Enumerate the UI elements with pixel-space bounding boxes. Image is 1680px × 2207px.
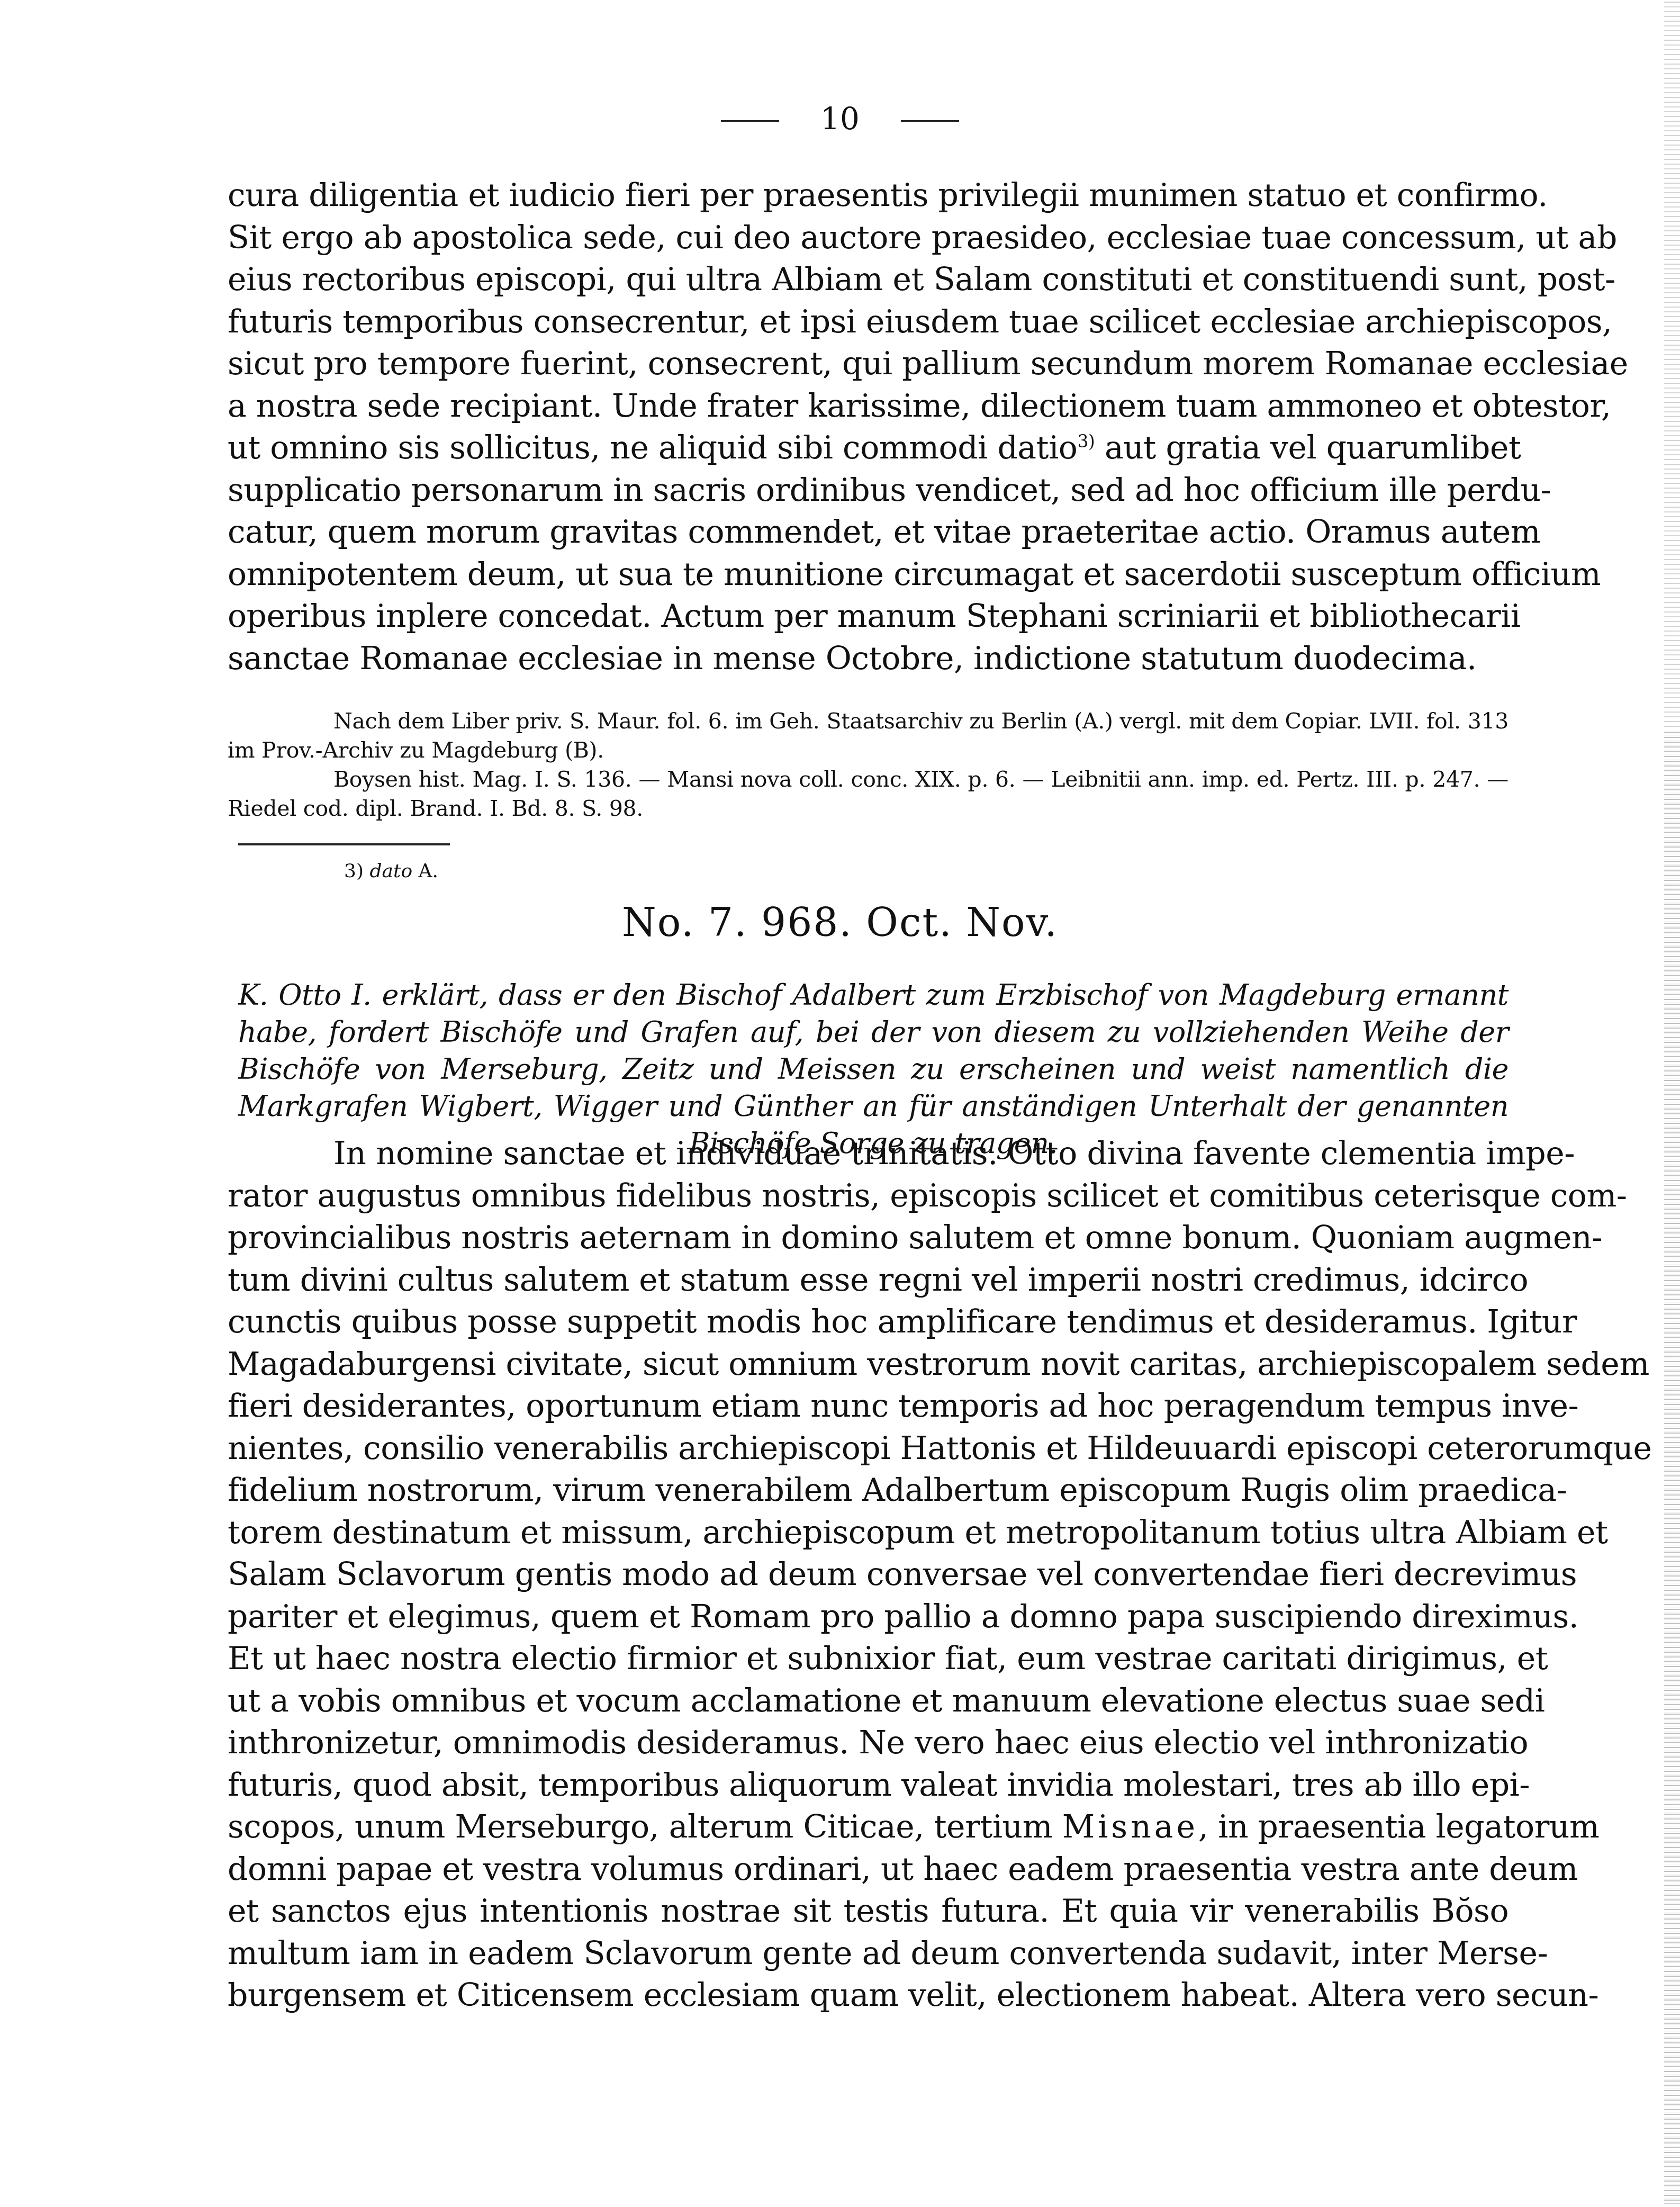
text-line: Sit ergo ab apostolica sede, cui deo auc… (228, 217, 1509, 259)
text-fragment: scopos, unum Merseburgo, alterum Citicae… (228, 1808, 1062, 1845)
page-number: 10 (820, 101, 860, 137)
footnote: 3) dato A. (344, 860, 438, 882)
text-line: fidelium nostrorum, virum venerabilem Ad… (228, 1470, 1509, 1512)
document-text: In nomine sanctae et individuae trinitat… (228, 1133, 1509, 2017)
footnote-mark: 3) (344, 860, 364, 882)
text-line: rator augustus omnibus fidelibus nostris… (228, 1175, 1509, 1218)
text-line: Salam Sclavorum gentis modo ad deum conv… (228, 1554, 1509, 1596)
source-note-editions: Boysen hist. Mag. I. S. 136. — Mansi nov… (228, 765, 1509, 823)
text-line: catur, quem morum gravitas commendet, et… (228, 511, 1509, 554)
footnote-text: dato (369, 860, 412, 882)
text-line: sicut pro tempore fuerint, consecrent, q… (228, 343, 1509, 385)
text-line: fieri desiderantes, oportunum etiam nunc… (228, 1385, 1509, 1428)
text-line: cura diligentia et iudicio fieri per pra… (228, 175, 1509, 217)
footnote-siglum: A. (419, 860, 438, 882)
text-line: eius rectoribus episcopi, qui ultra Albi… (228, 259, 1509, 301)
text-line: provincialibus nostris aeternam in domin… (228, 1217, 1509, 1259)
source-note-manuscripts: Nach dem Liber priv. S. Maur. fol. 6. im… (228, 707, 1509, 765)
text-line: cunctis quibus posse suppetit modis hoc … (228, 1301, 1509, 1344)
text-line: Et ut haec nostra electio firmior et sub… (228, 1638, 1509, 1680)
document-title: No. 7. 968. Oct. Nov. (0, 900, 1680, 945)
text-line: tum divini cultus salutem et statum esse… (228, 1259, 1509, 1302)
text-line: In nomine sanctae et individuae trinitat… (228, 1133, 1509, 1175)
text-line: futuris, quod absit, temporibus aliquoru… (228, 1764, 1509, 1807)
text-line: domni papae et vestra volumus ordinari, … (228, 1849, 1509, 1891)
text-line: operibus inplere concedat. Actum per man… (228, 596, 1509, 638)
text-line-with-footnote: ut omnino sis sollicitus, ne aliquid sib… (228, 427, 1509, 470)
header-dash-left (721, 120, 779, 122)
footnote-divider (238, 843, 450, 845)
text-line: ut a vobis omnibus et vocum acclamatione… (228, 1680, 1509, 1723)
text-line: omnipotentem deum, ut sua te munitione c… (228, 554, 1509, 596)
text-line: inthronizetur, omnimodis desideramus. Ne… (228, 1722, 1509, 1764)
text-fragment: , in praesentia legatorum (1198, 1808, 1599, 1845)
footnote-reference[interactable]: 3) (1077, 431, 1095, 452)
text-line: pariter et elegimus, quem et Romam pro p… (228, 1596, 1509, 1638)
page-header: 10 (0, 101, 1680, 137)
text-line: et sanctos ejus intentionis nostrae sit … (228, 1890, 1509, 1933)
text-line: multum iam in eadem Sclavorum gente ad d… (228, 1933, 1509, 1975)
spaced-place-name: Misnae (1062, 1808, 1198, 1845)
source-notes: Nach dem Liber priv. S. Maur. fol. 6. im… (228, 707, 1509, 823)
text-fragment: ut omnino sis sollicitus, ne aliquid sib… (228, 429, 1077, 466)
text-line: a nostra sede recipiant. Unde frater kar… (228, 385, 1509, 428)
text-line: futuris temporibus consecrentur, et ipsi… (228, 301, 1509, 344)
scan-edge-artifact-dense (1664, 731, 1680, 2202)
header-dash-right (901, 120, 959, 122)
text-line: burgensem et Citicensem ecclesiam quam v… (228, 1975, 1509, 2017)
text-line: sanctae Romanae ecclesiae in mense Octob… (228, 638, 1509, 680)
text-line: Magadaburgensi civitate, sicut omnium ve… (228, 1344, 1509, 1386)
previous-document-text: cura diligentia et iudicio fieri per pra… (228, 175, 1509, 680)
text-line: nientes, consilio venerabilis archiepisc… (228, 1428, 1509, 1470)
text-line: torem destinatum et missum, archiepiscop… (228, 1512, 1509, 1554)
text-line-with-spaced-word: scopos, unum Merseburgo, alterum Citicae… (228, 1806, 1509, 1849)
text-line: supplicatio personarum in sacris ordinib… (228, 470, 1509, 512)
text-fragment: aut gratia vel quarumlibet (1095, 429, 1521, 466)
